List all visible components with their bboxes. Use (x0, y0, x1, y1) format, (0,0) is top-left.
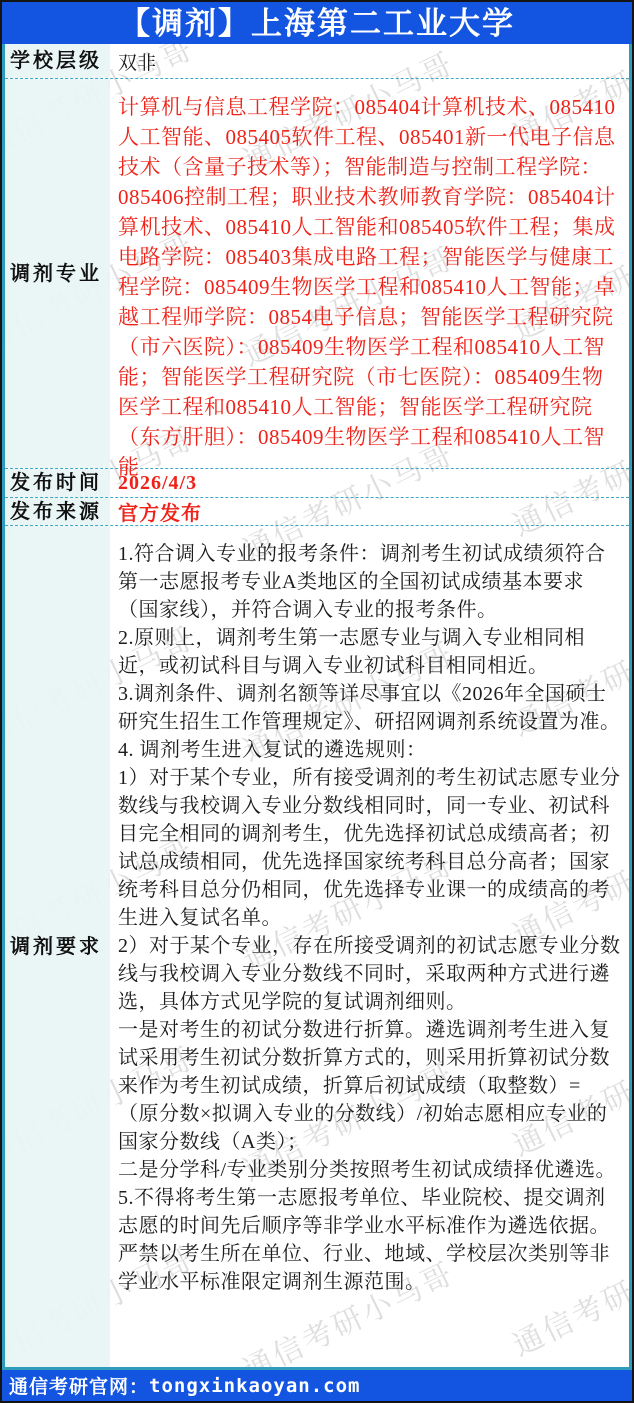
page-title: 【调剂】上海第二工业大学 (119, 8, 515, 39)
publish-time-value: 2026/4/3 (110, 469, 629, 497)
row-publish-source: 发布来源 官方发布 (5, 498, 629, 526)
header-banner: 【调剂】上海第二工业大学 (2, 2, 632, 44)
info-table: 学校层级 双非 调剂专业 计算机与信息工程学院：085404计算机技术、0854… (2, 44, 632, 1370)
transfer-requirements-label: 调剂要求 (5, 526, 110, 1367)
row-publish-time: 发布时间 2026/4/3 (5, 469, 629, 498)
flyer-page: 通信考研小马哥 通信考研小马哥 通信考研小马哥 通信考研小马哥 通信考研小马哥 … (0, 0, 634, 1403)
transfer-requirements-value: 1.符合调入专业的报考条件：调剂考生初试成绩须符合第一志愿报考专业A类地区的全国… (110, 526, 629, 1367)
footer-banner: 通信考研官网： tongxinkaoyan.com (2, 1370, 632, 1401)
transfer-majors-label: 调剂专业 (5, 79, 110, 468)
transfer-majors-value: 计算机与信息工程学院：085404计算机技术、085410人工智能、085405… (110, 79, 629, 468)
row-school-level: 学校层级 双非 (5, 44, 629, 79)
row-transfer-requirements: 调剂要求 1.符合调入专业的报考条件：调剂考生初试成绩须符合第一志愿报考专业A类… (5, 526, 629, 1367)
school-level-label: 学校层级 (5, 44, 110, 78)
school-level-value: 双非 (110, 44, 629, 78)
site-name-label: 通信考研官网： (9, 1372, 149, 1399)
publish-time-label: 发布时间 (5, 469, 110, 497)
site-url-link[interactable]: tongxinkaoyan.com (149, 1375, 360, 1397)
publish-source-label: 发布来源 (5, 498, 110, 525)
publish-source-value: 官方发布 (110, 498, 629, 525)
row-transfer-majors: 调剂专业 计算机与信息工程学院：085404计算机技术、085410人工智能、0… (5, 79, 629, 469)
